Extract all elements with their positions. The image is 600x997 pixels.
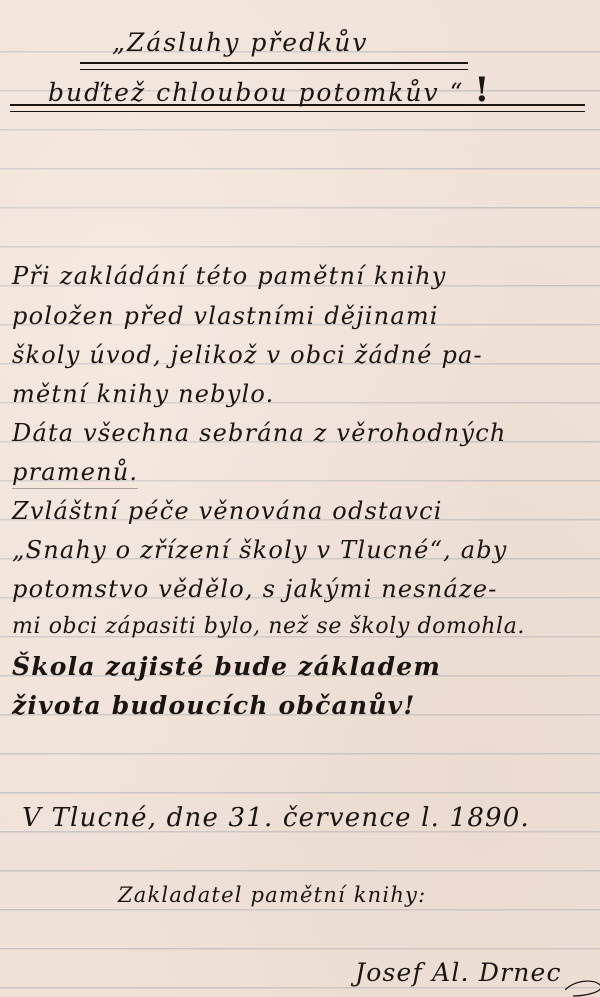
body-line-3: školy úvod, jelikož v obci žádné pa-	[12, 341, 483, 369]
handwritten-page: „Zásluhy předkův buďtež chloubou potomků…	[0, 0, 600, 997]
body-line-6: pramenů.	[12, 458, 138, 489]
body-line-4: mětní knihy nebylo.	[12, 380, 274, 408]
body-line-1: Při zakládání této pamětní knihy	[12, 262, 447, 290]
body-line-11: Škola zajisté bude základem	[12, 652, 441, 681]
body-line-9: potomstvo vědělo, s jakými nesnáze-	[12, 575, 498, 603]
signature: Josef Al. Drnec	[355, 958, 562, 987]
body-line-8: „Snahy o zřízení školy v Tlucné“, aby	[12, 536, 508, 564]
title-close-quote: “	[450, 78, 465, 107]
body-line-2: položen před vlastními dějinami	[12, 302, 439, 330]
body-line-12: života budoucích občanův!	[12, 691, 416, 720]
title-line-1: „Zásluhy předkův	[112, 28, 368, 57]
title-underline-2	[10, 104, 585, 112]
place-date: V Tlucné, dne 31. července l. 1890.	[22, 803, 530, 833]
signature-flourish-icon	[565, 978, 600, 997]
title-line-2-text: buďtež chloubou potomkův	[48, 78, 440, 107]
title-underline-1	[80, 62, 468, 70]
body-line-10: mi obci zápasiti bylo, než se školy domo…	[12, 614, 525, 639]
body-line-7: Zvláštní péče věnována odstavci	[12, 497, 443, 525]
founder-label: Zakladatel pamětní knihy:	[118, 883, 426, 907]
title-line-1-text: „Zásluhy předkův	[112, 28, 368, 57]
body-line-5: Dáta všechna sebrána z věrohodných	[12, 419, 507, 447]
